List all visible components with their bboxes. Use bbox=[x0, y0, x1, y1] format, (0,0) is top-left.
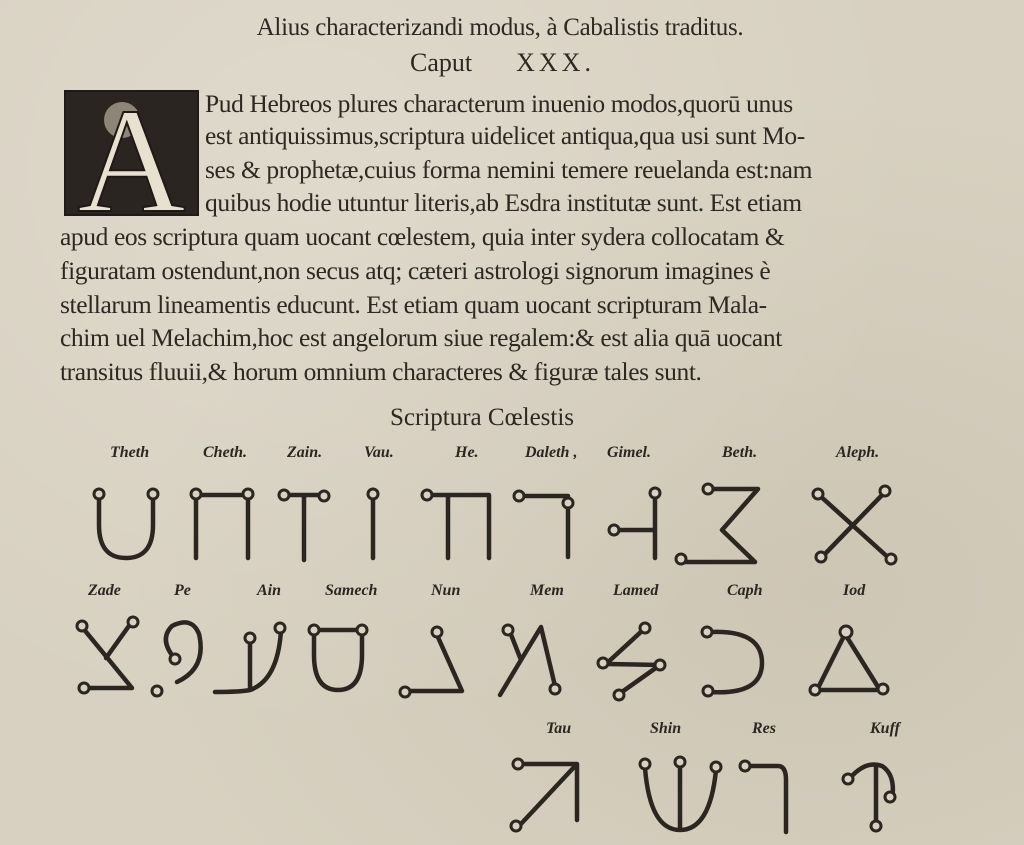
theth-glyph-icon bbox=[94, 489, 158, 558]
gimel-glyph-icon bbox=[609, 488, 660, 558]
nun-glyph-icon bbox=[400, 627, 462, 697]
cheth-glyph-icon bbox=[191, 489, 253, 558]
celestial-script-glyphs bbox=[0, 0, 1024, 845]
zade-glyph-icon bbox=[77, 617, 138, 693]
daleth-glyph-icon bbox=[514, 491, 573, 557]
ain-glyph-icon bbox=[215, 623, 285, 692]
vau-glyph-icon bbox=[368, 489, 378, 558]
res-glyph-icon bbox=[740, 761, 786, 832]
he-glyph-icon bbox=[422, 490, 489, 558]
beth-glyph-icon bbox=[676, 484, 758, 564]
kuff-glyph-icon bbox=[843, 765, 895, 832]
shin-glyph-icon bbox=[640, 757, 721, 830]
pe-glyph-icon bbox=[152, 622, 201, 696]
book-page: Alius characterizandi modus, à Cabalisti… bbox=[0, 0, 1024, 845]
aleph-glyph-icon bbox=[813, 486, 896, 564]
mem-glyph-icon bbox=[500, 625, 560, 695]
lamed-glyph-icon bbox=[598, 623, 665, 700]
iod-glyph-icon bbox=[810, 626, 888, 695]
caph-glyph-icon bbox=[702, 627, 762, 696]
tau-glyph-icon bbox=[511, 759, 577, 831]
samech-glyph-icon bbox=[309, 625, 367, 690]
zain-glyph-icon bbox=[279, 490, 329, 560]
